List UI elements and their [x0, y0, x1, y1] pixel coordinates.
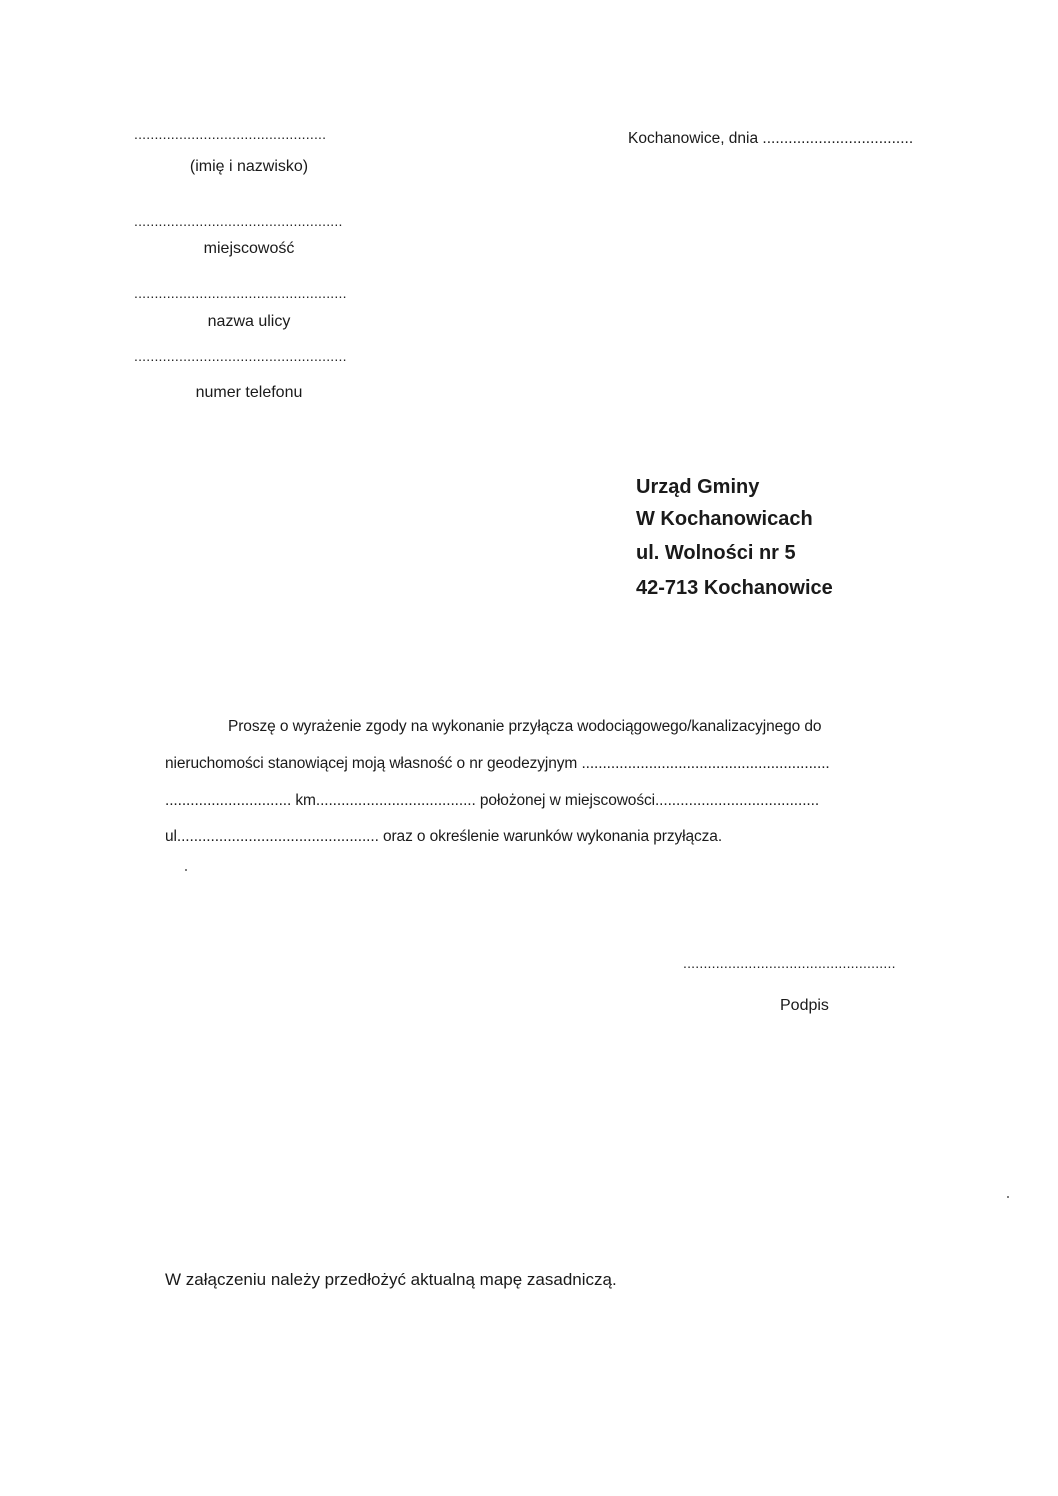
recipient-line-1: Urząd Gminy — [636, 470, 759, 504]
name-field[interactable]: ........................................… — [134, 126, 384, 142]
street-label: nazwa ulicy — [124, 313, 374, 331]
body-line-3[interactable]: .............................. km.......… — [165, 792, 819, 810]
scan-speck — [1007, 1196, 1009, 1198]
recipient-line-4: 42-713 Kochanowice — [636, 571, 833, 605]
attachment-note: W załączeniu należy przedłożyć aktualną … — [165, 1270, 617, 1290]
phone-label: numer telefonu — [124, 384, 374, 402]
street-field[interactable]: ........................................… — [134, 285, 384, 301]
scan-speck — [185, 869, 187, 871]
signature-label: Podpis — [780, 997, 829, 1015]
city-label: miejscowość — [124, 240, 374, 258]
recipient-line-3: ul. Wolności nr 5 — [636, 536, 796, 570]
signature-field[interactable]: ........................................… — [683, 955, 938, 971]
body-line-2[interactable]: nieruchomości stanowiącej moją własność … — [165, 755, 830, 773]
body-line-1: Proszę o wyrażenie zgody na wykonanie pr… — [228, 718, 821, 736]
phone-field[interactable]: ........................................… — [134, 348, 384, 364]
recipient-line-2: W Kochanowicach — [636, 502, 813, 536]
city-field[interactable]: ........................................… — [134, 213, 384, 229]
date-line[interactable]: Kochanowice, dnia ......................… — [628, 130, 913, 148]
body-line-4[interactable]: ul......................................… — [165, 828, 722, 846]
name-label: (imię i nazwisko) — [124, 158, 374, 176]
